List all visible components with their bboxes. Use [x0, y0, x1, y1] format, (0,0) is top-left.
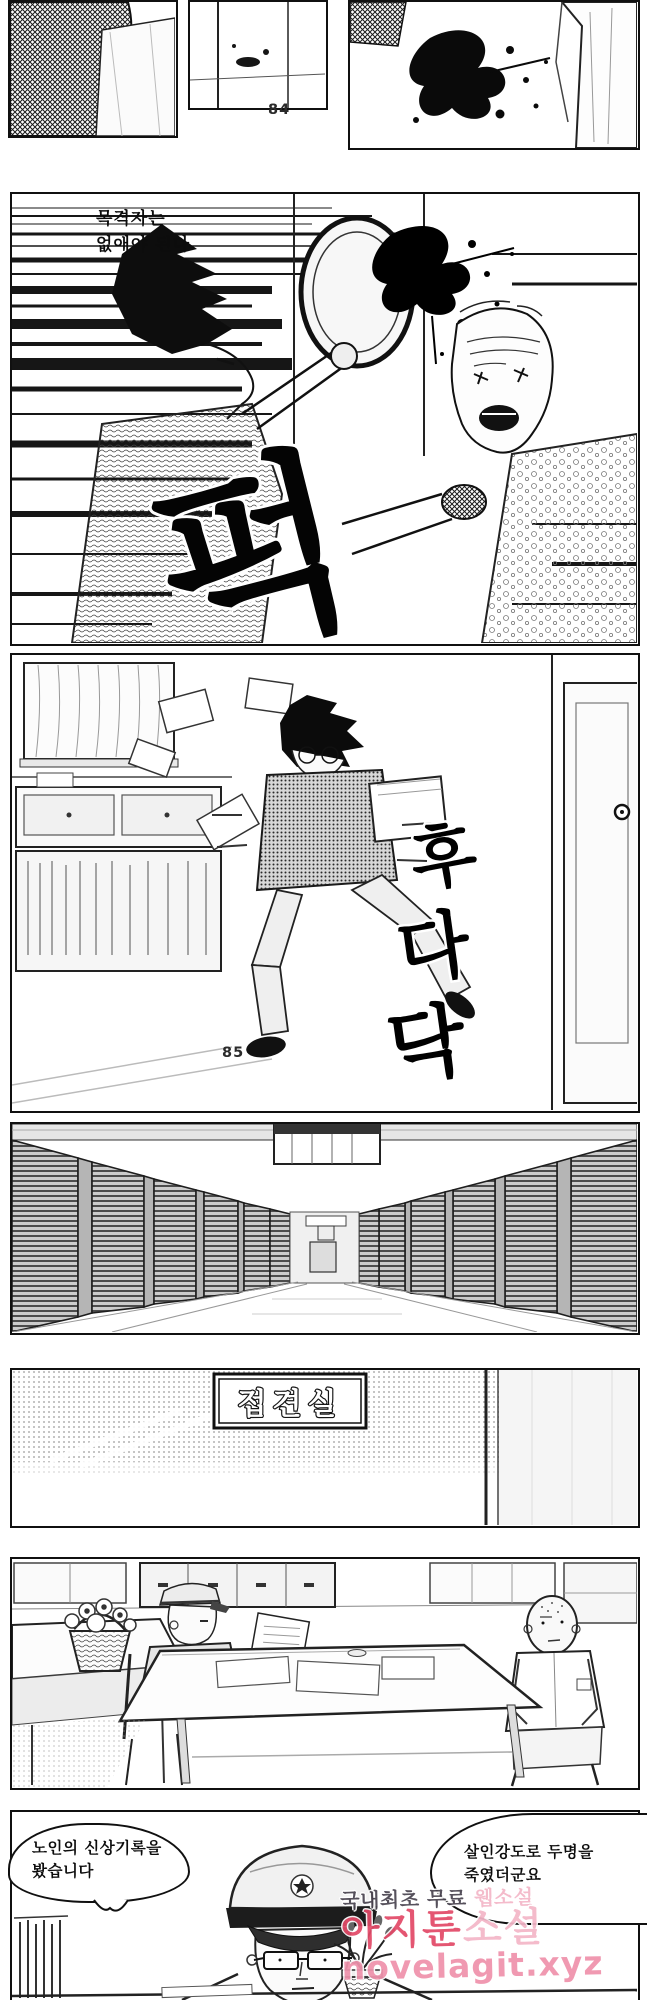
- corridor-artwork: [12, 1124, 637, 1332]
- action-artwork: 퍽: [12, 194, 637, 643]
- bubble-right-line1: 살인강도로 두명을: [464, 1841, 647, 1864]
- corridor-far-end: [290, 1212, 359, 1283]
- top-right-artwork: [350, 2, 637, 148]
- door-sign-text: 접견실: [238, 1387, 343, 1422]
- panel-action: 퍽: [10, 192, 640, 646]
- manga-page: 84: [0, 0, 647, 2000]
- door-right: [552, 655, 637, 1110]
- speech-bubble-left-tail: [92, 1898, 132, 1918]
- panel-top-left: [8, 0, 178, 138]
- left-cell-doors: [12, 1140, 290, 1332]
- right-cell-doors: [359, 1140, 637, 1332]
- desk-cabinets: [16, 773, 221, 971]
- sfx-scramble: 후 다 닥: [382, 814, 483, 1096]
- action-dialogue-line1: 목격자는: [96, 206, 190, 232]
- panel-interview: [10, 1557, 640, 1790]
- office-artwork: 후 다 닥: [12, 655, 637, 1110]
- sfx-scramble-char3: 닥: [382, 992, 473, 1095]
- panel-top-middle: [188, 0, 328, 110]
- bubble-left-line1: 노인의 신상기록을: [32, 1837, 188, 1860]
- door-frame: [486, 1370, 637, 1525]
- meeting-table: [120, 1645, 540, 1783]
- page-number-84: 84: [268, 102, 290, 118]
- flower-basket: [65, 1599, 136, 1632]
- sfx-scramble-char1: 후: [404, 814, 483, 903]
- action-dialogue-line2: 없애야 된다: [96, 232, 190, 258]
- door-sign-artwork: 접견실: [12, 1370, 637, 1525]
- action-dialogue: 목격자는 없애야 된다: [96, 206, 190, 259]
- watermark-url: novelagit.xyz: [341, 1946, 604, 1986]
- bubble-left-line2: 봤습니다: [32, 1860, 188, 1883]
- panel-office: 후 다 닥: [10, 653, 640, 1113]
- bookshelf: [14, 1916, 68, 1998]
- panel-top-right: [348, 0, 640, 150]
- interview-artwork: [12, 1559, 637, 1787]
- top-left-artwork: [10, 2, 175, 136]
- door-sign: 접견실: [214, 1374, 366, 1428]
- panel-corridor: [10, 1122, 640, 1335]
- bubble-right-line2: 죽였더군요: [464, 1864, 647, 1887]
- sfx-scramble-char2: 다: [392, 901, 476, 996]
- top-middle-artwork: [190, 2, 325, 108]
- blood-splatter: [409, 30, 505, 119]
- panel-door-sign: 접견실: [10, 1368, 640, 1528]
- page-number-85: 85: [222, 1045, 244, 1061]
- watermark: 국내최초 무료 웹소설 아지툰소설 novelagit.xyz: [340, 1884, 604, 1986]
